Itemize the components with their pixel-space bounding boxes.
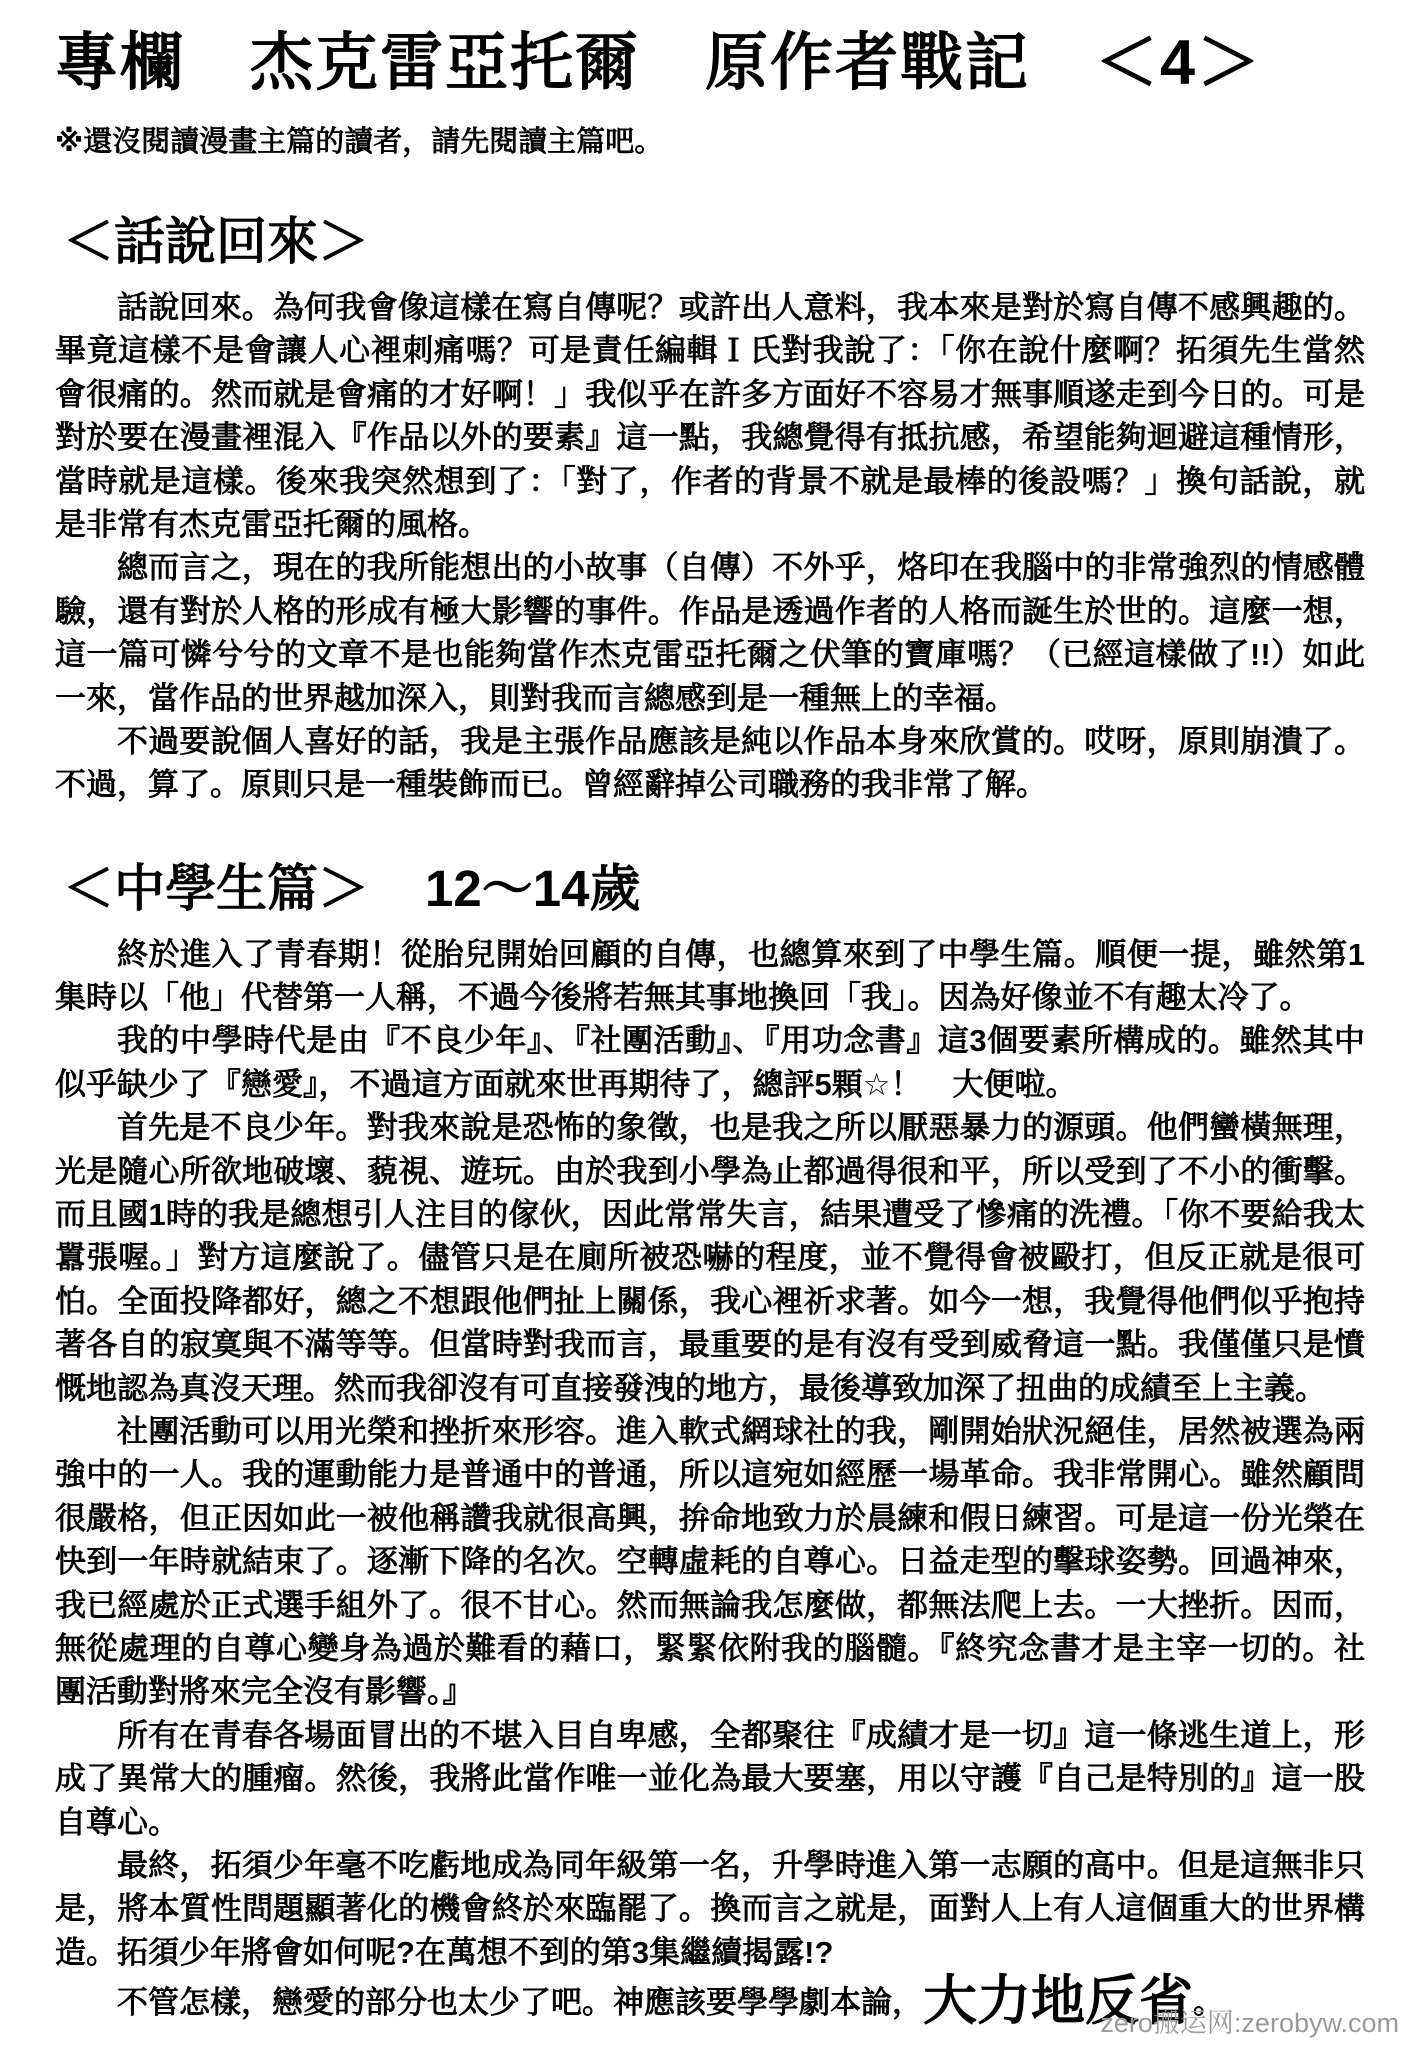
page-title: 專欄 杰克雷亞托爾 原作者戰記 ＜4＞ (55, 12, 1365, 103)
section-heading-back-to-topic: ＜話說回來＞ (63, 200, 1365, 274)
paragraph: 我的中學時代是由『不良少年』、『社團活動』、『用功念書』這3個要素所構成的。雖然… (55, 1019, 1365, 1106)
paragraph: 所有在青春各場面冒出的不堪入目自卑感，全都聚往『成績才是一切』這一條逃生道上，形… (55, 1714, 1365, 1844)
closing-text: 不管怎樣，戀愛的部分也太少了吧。神應該要學學劇本論， (117, 1985, 923, 2020)
document-page: 專欄 杰克雷亞托爾 原作者戰記 ＜4＞ ※還沒閱讀漫畫主篇的讀者，請先閱讀主篇吧… (0, 0, 1415, 2028)
paragraph: 終於進入了青春期！從胎兒開始回顧的自傳，也總算來到了中學生篇。順便一提，雖然第1… (55, 933, 1365, 1020)
section-heading-age-range: 12～14歲 (425, 860, 640, 917)
section-heading-label: ＜中學生篇＞ (63, 860, 369, 917)
paragraph: 最終，拓須少年毫不吃虧地成為同年級第一名，升學時進入第一志願的高中。但是這無非只… (55, 1844, 1365, 1974)
paragraph: 不過要說個人喜好的話，我是主張作品應該是純以作品本身來欣賞的。哎呀，原則崩潰了。… (55, 720, 1365, 807)
paragraph: 社團活動可以用光榮和挫折來形容。進入軟式網球社的我，剛開始狀況絕佳，居然被選為兩… (55, 1410, 1365, 1714)
section-body-middle-school: 終於進入了青春期！從胎兒開始回顧的自傳，也總算來到了中學生篇。順便一提，雖然第1… (55, 933, 1365, 2028)
paragraph: 首先是不良少年。對我來說是恐怖的象徵，也是我之所以厭惡暴力的源頭。他們蠻橫無理，… (55, 1106, 1365, 1410)
section-body-back-to-topic: 話說回來。為何我會像這樣在寫自傳呢？或許出人意料，我本來是對於寫自傳不感興趣的。… (55, 286, 1365, 807)
paragraph: 總而言之，現在的我所能想出的小故事（自傳）不外乎，烙印在我腦中的非常強烈的情感體… (55, 546, 1365, 720)
section-heading-middle-school: ＜中學生篇＞12～14歲 (63, 847, 1365, 921)
paragraph: 話說回來。為何我會像這樣在寫自傳呢？或許出人意料，我本來是對於寫自傳不感興趣的。… (55, 286, 1365, 546)
watermark: zero搬运网:zerobyw.com (1100, 2001, 1399, 2040)
reader-note: ※還沒閱讀漫畫主篇的讀者，請先閱讀主篇吧。 (55, 119, 1365, 160)
